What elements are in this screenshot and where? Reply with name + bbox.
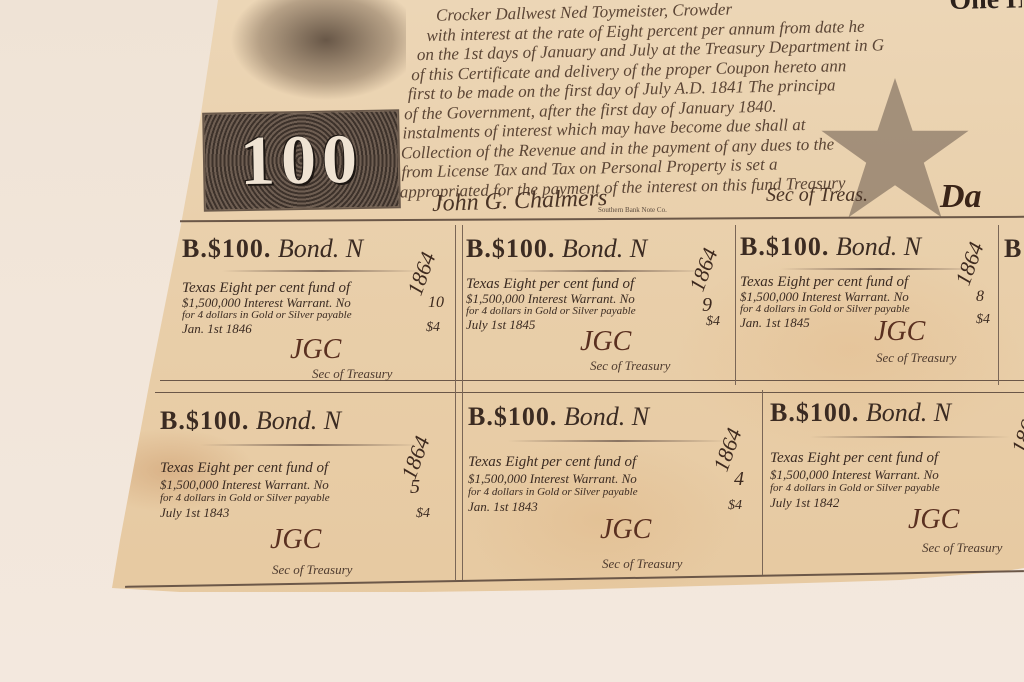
row-divider (160, 380, 1024, 381)
coupon-title: B.$100. Bond. N (160, 406, 341, 436)
denomination-numeral: 100 (239, 119, 363, 201)
handwritten-year: 1864 (950, 239, 989, 289)
sec-of-treasury: Sec of Treasury (922, 540, 1002, 556)
coupon-line: Texas Eight per cent fund of (182, 282, 350, 295)
coupon-date: July 1st 1842 (770, 496, 839, 509)
handwritten-year: 1864 (1006, 407, 1024, 457)
initials-jgc: JGC (580, 326, 631, 358)
warrant-number: 5 (410, 476, 420, 499)
denomination-box: 100 (202, 109, 401, 211)
column-divider (735, 225, 736, 385)
sec-of-treasury: Sec of Treasury (590, 358, 670, 374)
sec-of-treasury: Sec of Treasury (876, 350, 956, 366)
sec-of-treasury: Sec of Treasury (602, 556, 682, 572)
coupon-amount: $4 (976, 312, 990, 328)
coupon-line: Texas Eight per cent fund of (740, 276, 908, 289)
initials-jgc: JGC (270, 524, 321, 556)
engraved-vignette (216, 0, 406, 108)
sec-of-treasury: Sec of Treasury (312, 366, 392, 382)
coupon-partial: B (1004, 234, 1024, 274)
coupon-date: July 1st 1845 (466, 318, 535, 331)
coupon-amount: $4 (416, 506, 430, 522)
coupon-title: B.$100. Bond. N (740, 232, 921, 262)
coupon-line: $1,500,000 Interest Warrant. No (182, 296, 351, 309)
coupon-warrant-4: B.$100. Bond. N Texas Eight per cent fun… (468, 402, 758, 572)
initials-jgc: JGC (874, 316, 925, 348)
coupon-line: $1,500,000 Interest Warrant. No (468, 472, 637, 485)
coupon-warrant-5: B.$100. Bond. N Texas Eight per cent fun… (160, 406, 450, 576)
coupon-title: B.$100. Bond. N (466, 234, 647, 264)
coupon-amount: $4 (728, 498, 742, 514)
engraver-credit: Southern Bank Note Co. (598, 206, 667, 214)
coupon-line: for 4 dollars in Gold or Silver payable (160, 492, 330, 505)
coupon-warrant-8: B.$100. Bond. N Texas Eight per cent fun… (740, 232, 998, 377)
signature-title: Sec of Treas. (766, 184, 868, 207)
column-divider (462, 225, 463, 580)
certificate-body-text: One H Crocker Dallwest Ned Toymeister, C… (396, 0, 1024, 217)
coupon-line: Texas Eight per cent fund of (466, 278, 634, 291)
handwritten-year: 1864 (402, 249, 441, 299)
warrant-number: 8 (976, 288, 984, 306)
coupon-line: $1,500,000 Interest Warrant. No (160, 478, 329, 491)
coupon-line: $1,500,000 Interest Warrant. No (740, 290, 909, 303)
coupon-date: Jan. 1st 1843 (468, 500, 538, 513)
coupon-title: B.$100. Bond. N (182, 234, 363, 264)
handwritten-year: 1864 (684, 245, 723, 295)
row-divider (155, 392, 1024, 393)
coupon-line: Texas Eight per cent fund of (770, 452, 938, 465)
coupon-warrant-unknown: B.$100. Bond. N Texas Eight per cent fun… (770, 398, 1024, 568)
coupon-title: B.$100. Bond. N (770, 398, 951, 428)
initials-jgc: JGC (600, 514, 651, 546)
coupon-date: Jan. 1st 1846 (182, 322, 252, 335)
coupon-date: Jan. 1st 1845 (740, 316, 810, 329)
warrant-number: 9 (702, 294, 712, 317)
coupon-amount: $4 (426, 320, 440, 336)
coupon-warrant-10: B.$100. Bond. N Texas Eight per cent fun… (182, 234, 452, 379)
coupon-line: Texas Eight per cent fund of (160, 462, 328, 475)
photo-scene: 100 One H Crocker Dallwest Ned Toymeiste… (0, 0, 1024, 682)
signature-right: Da (940, 178, 982, 216)
coupon-date: July 1st 1843 (160, 506, 229, 519)
corner-heading: One H (949, 0, 1024, 10)
coupon-line: $1,500,000 Interest Warrant. No (770, 468, 939, 481)
column-divider (998, 225, 999, 385)
coupon-title: B (1004, 234, 1022, 264)
coupon-title: B.$100. Bond. N (468, 402, 649, 432)
column-divider (762, 390, 763, 575)
initials-jgc: JGC (290, 334, 341, 366)
sec-of-treasury: Sec of Treasury (272, 562, 352, 578)
warrant-number: 4 (734, 468, 744, 491)
coupon-line: $1,500,000 Interest Warrant. No (466, 292, 635, 305)
warrant-number: 10 (428, 294, 444, 312)
column-divider (455, 225, 456, 580)
coupon-line: for 4 dollars in Gold or Silver payable (468, 486, 638, 499)
coupon-warrant-9: B.$100. Bond. N Texas Eight per cent fun… (466, 234, 732, 379)
coupon-line: for 4 dollars in Gold or Silver payable (770, 482, 940, 495)
coupon-line: Texas Eight per cent fund of (468, 456, 636, 469)
initials-jgc: JGC (908, 504, 959, 536)
